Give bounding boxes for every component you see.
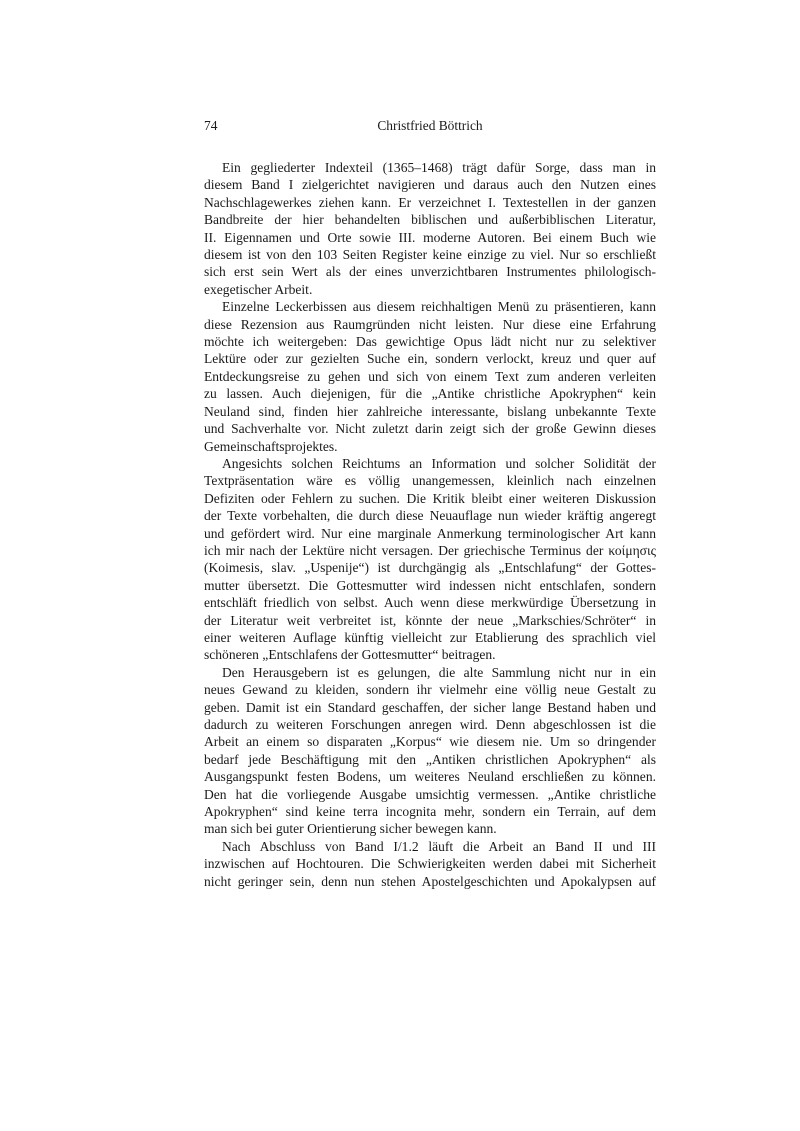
text-line: und Sachverhalte vor. Nicht zuletzt dari…	[204, 420, 656, 437]
text-line: Ein gegliederter Indexteil (1365–1468) t…	[204, 159, 656, 176]
text-line: Bandbreite der hier behandelten biblisch…	[204, 211, 656, 228]
text-line: inzwischen auf Hochtouren. Die Schwierig…	[204, 855, 656, 872]
text-line: exegetischer Arbeit.	[204, 281, 656, 298]
text-line: mutter übersetzt. Die Gottesmutter wird …	[204, 577, 656, 594]
text-line: schöneren „Entschlafens der Gottesmutter…	[204, 646, 656, 663]
text-line: Nach Abschluss von Band I/1.2 läuft die …	[204, 838, 656, 855]
text-line: Einzelne Leckerbissen aus diesem reichha…	[204, 298, 656, 315]
text-line: (Koimesis, slav. „Uspenije“) ist durchgä…	[204, 559, 656, 576]
text-line: Neuland sind, finden hier zahlreiche int…	[204, 403, 656, 420]
text-line: II. Eigennamen und Orte sowie III. moder…	[204, 229, 656, 246]
running-head: 74 Christfried Böttrich	[204, 118, 656, 138]
running-title-author: Christfried Böttrich	[204, 118, 656, 134]
document-page: 74 Christfried Böttrich Ein gegliederter…	[204, 118, 656, 890]
text-line: zu lassen. Auch diejenigen, für die „Ant…	[204, 385, 656, 402]
text-line: Defiziten oder Fehlern zu suchen. Die Kr…	[204, 490, 656, 507]
text-line: bedarf jede Beschäftigung mit den „Antik…	[204, 751, 656, 768]
text-line: diesem Band I zielgerichtet navigieren u…	[204, 176, 656, 193]
text-line: dadurch zu weiteren Forschungen anregen …	[204, 716, 656, 733]
text-line: Textpräsentation wäre es völlig unangeme…	[204, 472, 656, 489]
text-line: diesem ist von den 103 Seiten Register k…	[204, 246, 656, 263]
text-line: der Texte vorbehalten, die durch diese N…	[204, 507, 656, 524]
text-line: Gemeinschaftsprojektes.	[204, 438, 656, 455]
text-line: möchte ich weitergeben: Das gewichtige O…	[204, 333, 656, 350]
text-line: man sich bei guter Orientierung sicher b…	[204, 820, 656, 837]
text-line: geben. Damit ist ein Standard geschaffen…	[204, 699, 656, 716]
text-line: der Literatur weit verbreitet ist, könnt…	[204, 612, 656, 629]
text-line: Arbeit an einem so disparaten „Korpus“ w…	[204, 733, 656, 750]
paragraph-index: Ein gegliederter Indexteil (1365–1468) t…	[204, 159, 656, 298]
text-line: Den hat die vorliegende Ausgabe umsichti…	[204, 786, 656, 803]
text-line: neues Gewand zu kleiden, sondern ihr vie…	[204, 681, 656, 698]
text-line: und gefördert wird. Nur eine marginale A…	[204, 525, 656, 542]
paragraph-editors: Den Herausgebern ist es gelungen, die al…	[204, 664, 656, 838]
text-line: nicht geringer sein, denn nun stehen Apo…	[204, 873, 656, 890]
text-line: Lektüre oder zur gezielten Suche ein, so…	[204, 350, 656, 367]
paragraph-outlook: Nach Abschluss von Band I/1.2 läuft die …	[204, 838, 656, 890]
paragraph-critique: Angesichts solchen Reichtums an Informat…	[204, 455, 656, 664]
text-line: Apokryphen“ sind keine terra incognita m…	[204, 803, 656, 820]
text-line: Den Herausgebern ist es gelungen, die al…	[204, 664, 656, 681]
text-line: Nachschlagewerkes ziehen kann. Er verzei…	[204, 194, 656, 211]
text-line: diese Rezension aus Raumgründen nicht le…	[204, 316, 656, 333]
text-line: Ausgangspunkt festen Bodens, um weiteres…	[204, 768, 656, 785]
paragraph-highlights: Einzelne Leckerbissen aus diesem reichha…	[204, 298, 656, 455]
body-text: Ein gegliederter Indexteil (1365–1468) t…	[204, 159, 656, 890]
text-line: Entdeckungsreise zu gehen und sich von e…	[204, 368, 656, 385]
text-line: sich erst sein Wert als der eines unverz…	[204, 263, 656, 280]
text-line: einer weiteren Auflage künftig vielleich…	[204, 629, 656, 646]
text-line: entschläft friedlich von selbst. Auch we…	[204, 594, 656, 611]
text-line: Angesichts solchen Reichtums an Informat…	[204, 455, 656, 472]
text-line: ich mir nach der Lektüre nicht versagen.…	[204, 542, 656, 559]
